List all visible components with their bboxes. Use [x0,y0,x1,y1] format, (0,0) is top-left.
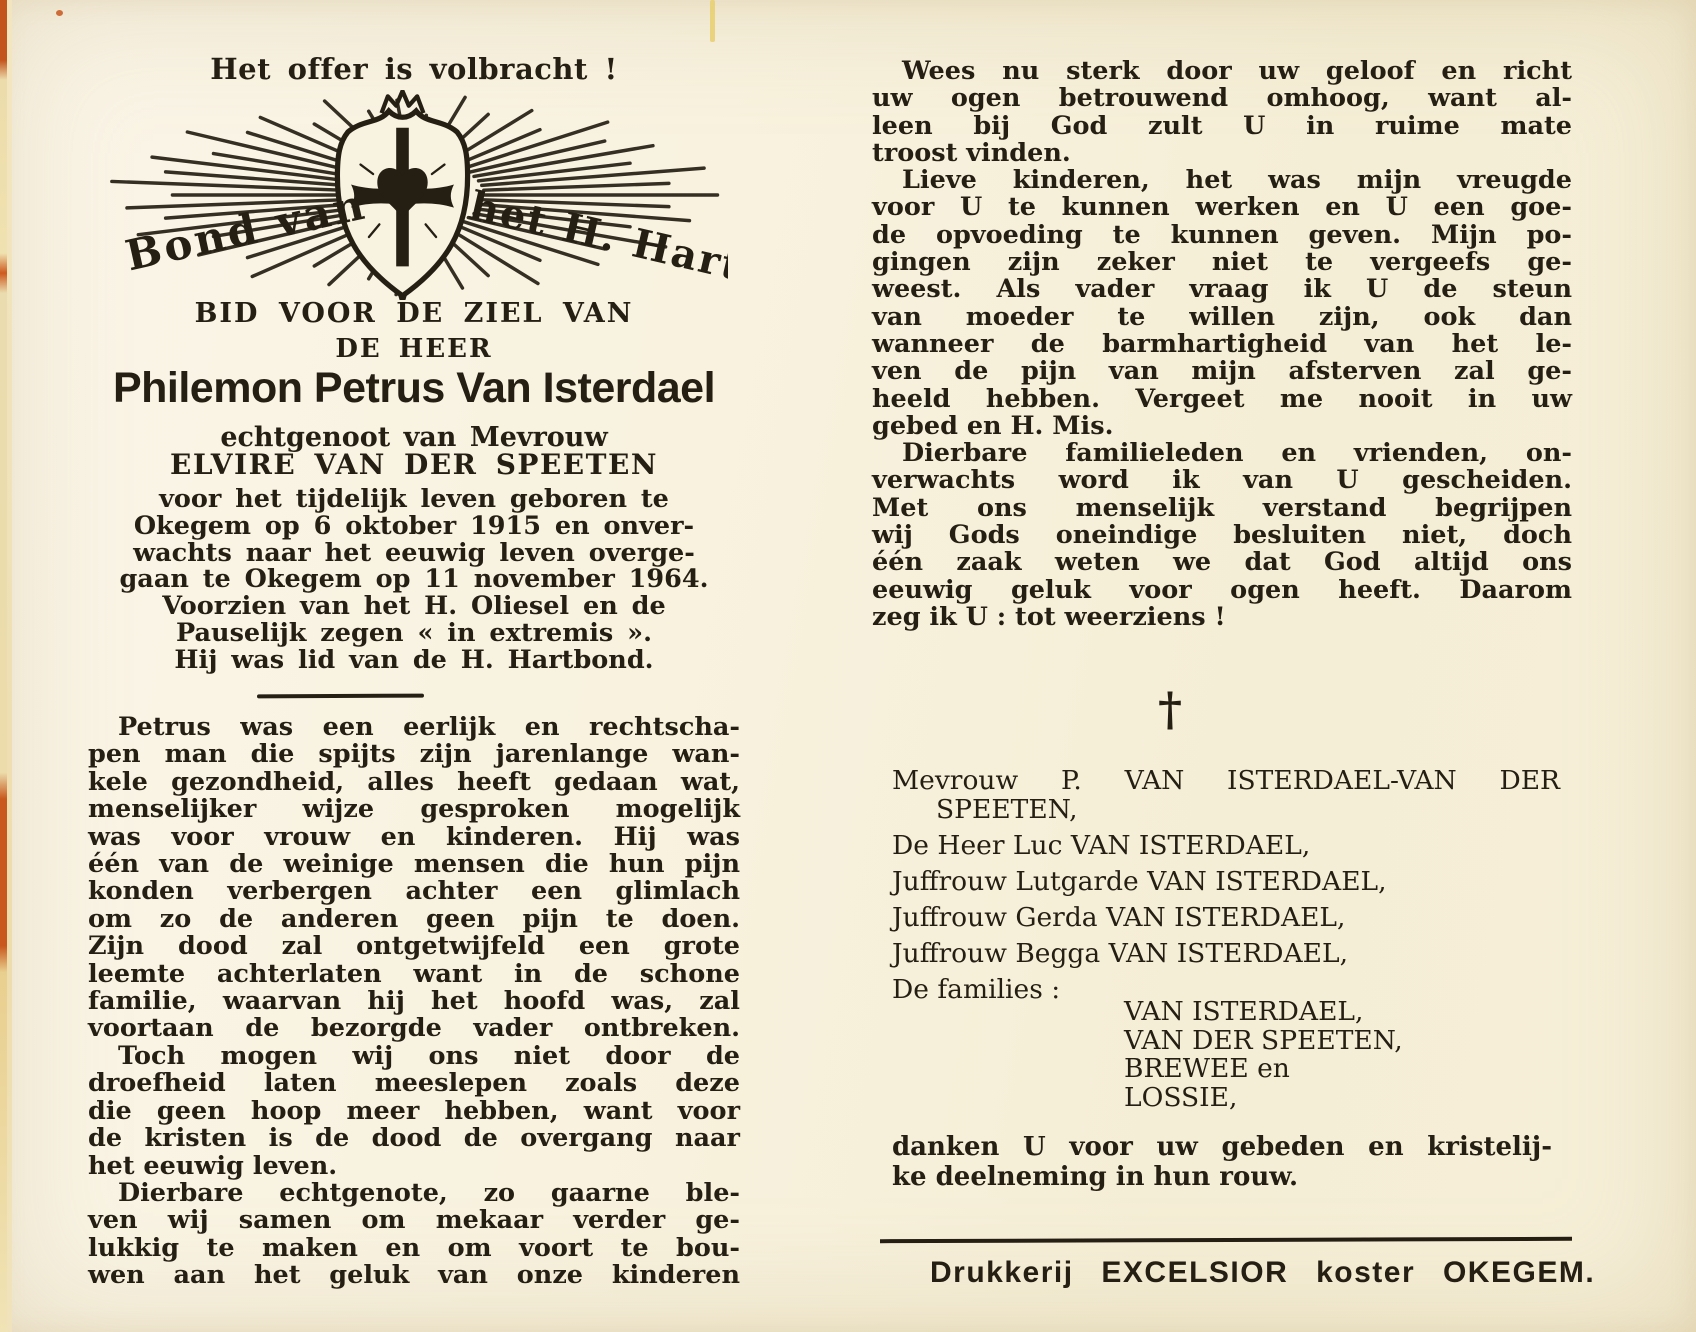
text-line: de kristen is de dood de overgang naar [88,1125,740,1152]
left-body-text: Petrus was een eerlijk en rechtscha-pen … [88,714,740,1290]
paragraph: Juffrouw Lutgarde VAN ISTERDAEL, [892,867,1560,896]
text-line: wanneer de barmhartigheid van het le- [872,331,1572,358]
paragraph: Juffrouw Gerda VAN ISTERDAEL, [892,903,1560,932]
text-line: Wees nu sterk door uw geloof en richt [872,58,1572,85]
text-line: SPEETEN, [892,795,1560,824]
deceased-title: DE HEER [88,334,740,364]
text-line: het eeuwig leven. [88,1153,740,1180]
text-line: was voor vrouw en kinderen. Hij was [88,824,740,851]
text-line: eeuwig geluk voor ogen heeft. Daarom [872,577,1572,604]
text-line: Mevrouw P. VAN ISTERDAEL-VAN DER [892,766,1560,795]
paragraph: Mevrouw P. VAN ISTERDAEL-VAN DERSPEETEN, [892,766,1560,824]
paragraph: Wees nu sterk door uw geloof en richtuw … [872,58,1572,167]
text-line: één zaak weten we dat God altijd ons [872,549,1572,576]
text-line: één van de weinige mensen die hun pijn [88,851,740,878]
text-line: Dierbare echtgenote, zo gaarne ble- [88,1180,740,1207]
text-line: voortaan de bezorgde vader ontbreken. [88,1015,740,1042]
text-line: wachts naar het eeuwig leven overge- [88,540,740,567]
text-line: Zijn dood zal ontgetwijfeld een grote [88,933,740,960]
text-line: De Heer Luc VAN ISTERDAEL, [892,831,1560,860]
text-line: Met ons menselijk verstand begrijpen [872,495,1572,522]
text-line: Voorzien van het H. Oliesel en de [88,593,740,620]
pray-line: BID VOOR DE ZIEL VAN [88,298,740,329]
cross-icon: † [820,682,1520,736]
text-line: Juffrouw Begga VAN ISTERDAEL, [892,939,1560,968]
text-line: heeld hebben. Vergeet me nooit in uw [872,386,1572,413]
text-line: gingen zijn zeker niet te vergeefs ge- [872,249,1572,276]
text-line: droefheid laten meeslepen zoals deze [88,1070,740,1097]
right-body-text: Wees nu sterk door uw geloof en richtuw … [872,58,1572,631]
printer-credit: Drukkerij EXCELSIOR koster OKEGEM. [930,1256,1570,1290]
text-line: verwachts word ik van U gescheiden. [872,467,1572,494]
printer-divider [880,1237,1572,1243]
spouse-name: ELVIRE VAN DER SPEETEN [88,448,740,481]
text-line: weest. Als vader vraag ik U de steun [872,276,1572,303]
text-line: VAN DER SPEETEN, [1124,1027,1564,1056]
text-line: kele gezondheid, alles heeft gedaan wat, [88,769,740,796]
text-line: van moeder te willen zijn, ook dan [872,304,1572,331]
text-line: BREWEE en [1124,1055,1564,1084]
text-line: Toch mogen wij ons niet door de [88,1043,740,1070]
text-line: Pauselijk zegen « in extremis ». [88,620,740,647]
text-line: familie, waarvan hij het hoofd was, zal [88,988,740,1015]
paragraph: Toch mogen wij ons niet door dedroefheid… [88,1043,740,1180]
deceased-name: Philemon Petrus Van Isterdael [88,364,740,413]
text-line: voor het tijdelijk leven geboren te [88,486,740,513]
scan-dot [56,10,63,16]
scan-edge-strip-inner [7,0,12,1332]
text-line: Dierbare familieleden en vrienden, on- [872,440,1572,467]
text-line: Lieve kinderen, het was mijn vreugde [872,167,1572,194]
text-line: Juffrouw Gerda VAN ISTERDAEL, [892,903,1560,932]
text-line: leemte achterlaten want in de schone [88,961,740,988]
memorial-card-scan: Het offer is volbracht ! Bond van het H.… [0,0,1696,1332]
text-line: menselijker wijze gesproken mogelijk [88,796,740,823]
paragraph: Lieve kinderen, het was mijn vreugdevoor… [872,167,1572,440]
emblem-text-right: het H. Hart [465,183,728,290]
text-line: Juffrouw Lutgarde VAN ISTERDAEL, [892,867,1560,896]
paragraph: Petrus was een eerlijk en rechtscha-pen … [88,714,740,1043]
text-line: die geen hoop meer hebben, want voor [88,1098,740,1125]
scan-edge-strip [0,0,7,1332]
paragraph: Juffrouw Begga VAN ISTERDAEL, [892,939,1560,968]
scan-mark [710,0,715,42]
text-line: wen aan het geluk van onze kinderen [88,1262,740,1289]
text-line: zeg ik U : tot weerziens ! [872,604,1572,631]
text-line: gebed en H. Mis. [872,413,1572,440]
paragraph: danken U voor uw gebeden en kristelij-ke… [892,1132,1552,1192]
text-line: lukkig te maken en om voort te bou- [88,1235,740,1262]
text-line: gaan te Okegem op 11 november 1964. [88,566,740,593]
text-line: voor U te kunnen werken en U een goe- [872,194,1572,221]
text-line: Okegem op 6 oktober 1915 en onver- [88,513,740,540]
text-line: om zo de anderen geen pijn te doen. [88,906,740,933]
text-line: ven de pijn van mijn afsterven zal ge- [872,358,1572,385]
paragraph: Dierbare echtgenote, zo gaarne ble-ven w… [88,1180,740,1290]
text-line: troost vinden. [872,140,1572,167]
families-list: VAN ISTERDAEL,VAN DER SPEETEN,BREWEE enL… [1124,998,1564,1112]
paragraph: De Heer Luc VAN ISTERDAEL, [892,831,1560,860]
sacred-heart-league-emblem: Bond van het H. Hart [98,90,728,300]
text-line: LOSSIE, [1124,1084,1564,1113]
text-line: ke deelneming in hun rouw. [892,1162,1552,1192]
text-line: Hij was lid van de H. Hartbond. [88,647,740,674]
text-line: pen man die spijts zijn jarenlange wan- [88,741,740,768]
text-line: de opvoeding te kunnen geven. Mijn po- [872,222,1572,249]
text-line: konden verbergen achter een glimlach [88,878,740,905]
mourners-list: Mevrouw P. VAN ISTERDAEL-VAN DERSPEETEN,… [892,766,1560,1011]
section-divider [257,694,424,699]
thanks-note: danken U voor uw gebeden en kristelij-ke… [892,1132,1552,1192]
paragraph: Dierbare familieleden en vrienden, on-ve… [872,440,1572,631]
text-line: wij Gods oneindige besluiten niet, doch [872,522,1572,549]
text-line: uw ogen betrouwend omhoog, want al- [872,85,1572,112]
text-line: Petrus was een eerlijk en rechtscha- [88,714,740,741]
motto: Het offer is volbracht ! [88,52,740,86]
text-line: VAN ISTERDAEL, [1124,998,1564,1027]
text-line: ven wij samen om mekaar verder ge- [88,1207,740,1234]
vitals-block: voor het tijdelijk leven geboren teOkege… [88,486,740,674]
text-line: leen bij God zult U in ruime mate [872,113,1572,140]
text-line: danken U voor uw gebeden en kristelij- [892,1132,1552,1162]
